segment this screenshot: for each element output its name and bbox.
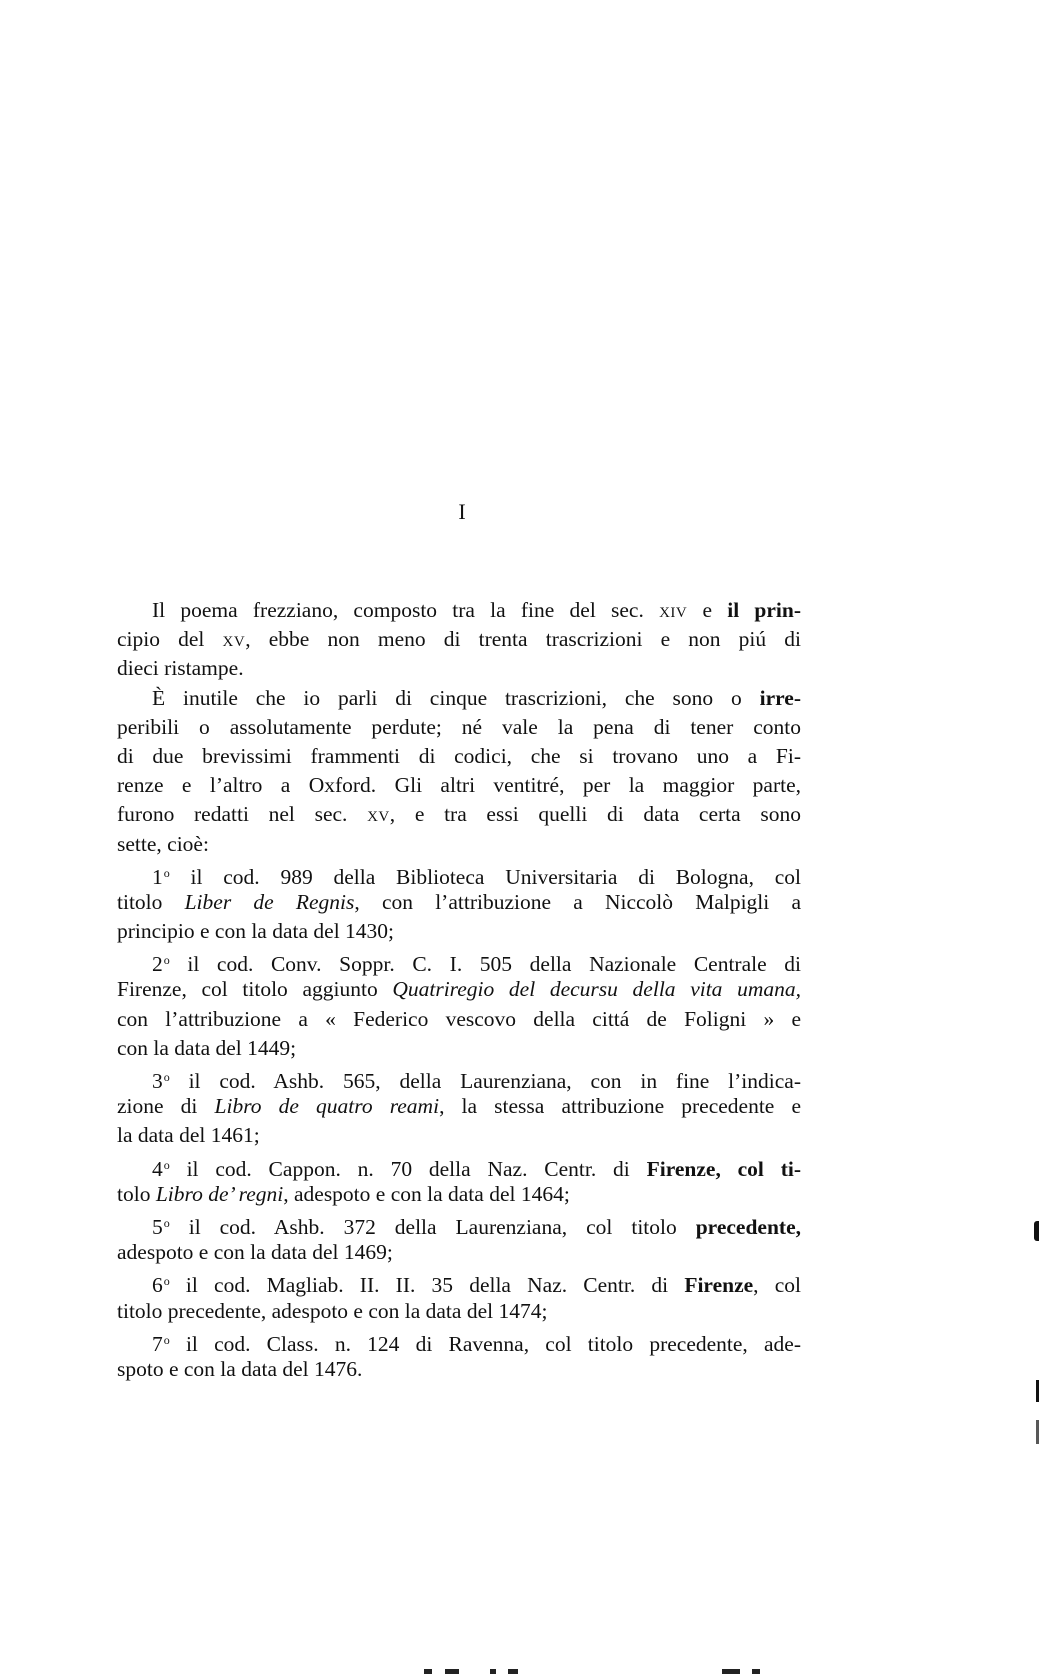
text-segment: , adespoto e con la data del 1464; (283, 1182, 570, 1206)
text-segment: , e tra essi quelli di data certa sono (390, 802, 801, 826)
text-segment: Firenze, col titolo aggiunto (117, 977, 392, 1001)
paragraph: 6o il cod. Magliab. II. II. 35 della Naz… (117, 1267, 801, 1325)
text-segment: irre- (760, 686, 801, 710)
text-line: adespoto e con la data del 1469; (117, 1238, 801, 1267)
text-line: furono redatti nel sec. XV, e tra essi q… (117, 800, 801, 829)
text-segment: il cod. Ashb. 565, della Laurenziana, co… (170, 1069, 801, 1093)
paragraph: 3o il cod. Ashb. 565, della Laurenziana,… (117, 1063, 801, 1151)
list-ordinal: 6 (152, 1273, 163, 1297)
text-segment: furono redatti nel sec. (117, 802, 367, 826)
text-segment: , col (753, 1273, 801, 1297)
text-segment: il cod. Ashb. 372 della Laurenziana, col… (170, 1215, 696, 1239)
text-segment: cipio del (117, 627, 223, 651)
text-line: la data del 1461; (117, 1121, 801, 1150)
list-ordinal: 4 (152, 1157, 163, 1181)
paragraph: È inutile che io parli di cinque trascri… (117, 684, 801, 859)
text-line: cipio del XV, ebbe non meno di trenta tr… (117, 625, 801, 654)
text-segment: renze e l’altro a Oxford. Gli altri vent… (117, 773, 801, 797)
paragraph: 2o il cod. Conv. Soppr. C. I. 505 della … (117, 946, 801, 1063)
text-line: 7o il cod. Class. n. 124 di Ravenna, col… (117, 1326, 801, 1355)
text-segment: precedente, (696, 1215, 801, 1239)
century-numeral: XIV (659, 598, 687, 622)
text-line: renze e l’altro a Oxford. Gli altri vent… (117, 771, 801, 800)
text-segment: con la data del 1449; (117, 1036, 296, 1060)
text-segment: titolo (117, 890, 185, 914)
text-line: Firenze, col titolo aggiunto Quatriregio… (117, 975, 801, 1004)
text-line: sette, cioè: (117, 830, 801, 859)
text-segment: principio e con la data del 1430; (117, 919, 394, 943)
list-ordinal: 3 (152, 1069, 163, 1093)
text-segment: zione di (117, 1094, 215, 1118)
text-line: 4o il cod. Cappon. n. 70 della Naz. Cent… (117, 1151, 801, 1180)
text-segment: tolo (117, 1182, 156, 1206)
text-segment: il cod. 989 della Biblioteca Universitar… (170, 865, 801, 889)
text-line: 6o il cod. Magliab. II. II. 35 della Naz… (117, 1267, 801, 1296)
text-segment: sette, cioè: (117, 832, 209, 856)
text-line: 2o il cod. Conv. Soppr. C. I. 505 della … (117, 946, 801, 975)
text-segment: adespoto e con la data del 1469; (117, 1240, 393, 1264)
text-line: principio e con la data del 1430; (117, 917, 801, 946)
body-text: Il poema frezziano, composto tra la fine… (117, 596, 801, 1384)
text-line: peribili o assolutamente perdute; né val… (117, 713, 801, 742)
paragraph: 5o il cod. Ashb. 372 della Laurenziana, … (117, 1209, 801, 1267)
text-line: 3o il cod. Ashb. 565, della Laurenziana,… (117, 1063, 801, 1092)
paragraph: 7o il cod. Class. n. 124 di Ravenna, col… (117, 1326, 801, 1384)
italic-title: Libro de’ regni (156, 1182, 283, 1206)
text-segment: di due brevissimi frammenti di codici, c… (117, 744, 801, 768)
scan-artifact-mark (1034, 1221, 1039, 1241)
text-segment: , con l’attribuzione a Niccolò Malpigli … (354, 890, 801, 914)
text-line: dieci ristampe. (117, 654, 801, 683)
century-numeral: XV (223, 627, 246, 651)
text-line: 5o il cod. Ashb. 372 della Laurenziana, … (117, 1209, 801, 1238)
document-page: I Il poema frezziano, composto tra la fi… (0, 0, 1039, 1674)
scan-bottom-fragments (0, 1662, 1039, 1674)
text-segment: il cod. Conv. Soppr. C. I. 505 della Naz… (170, 952, 801, 976)
text-line: tolo Libro de’ regni, adespoto e con la … (117, 1180, 801, 1209)
italic-title: Liber de Regnis (185, 890, 355, 914)
list-ordinal: 5 (152, 1215, 163, 1239)
text-line: Il poema frezziano, composto tra la fine… (117, 596, 801, 625)
list-ordinal: 2 (152, 952, 163, 976)
text-segment: , la stessa attribuzione precedente e (439, 1094, 801, 1118)
italic-title: Quatriregio del decursu della vita umana… (392, 977, 801, 1001)
text-line: zione di Libro de quatro reami, la stess… (117, 1092, 801, 1121)
text-segment: titolo precedente, adespoto e con la dat… (117, 1299, 547, 1323)
text-segment: Firenze, col ti- (647, 1157, 801, 1181)
italic-title: Libro de quatro reami (215, 1094, 440, 1118)
paragraph: Il poema frezziano, composto tra la fine… (117, 596, 801, 684)
text-line: titolo Liber de Regnis, con l’attribuzio… (117, 888, 801, 917)
text-line: con l’attribuzione a « Federico vescovo … (117, 1005, 801, 1034)
century-numeral: XV (367, 802, 390, 826)
text-segment: , ebbe non meno di trenta trascrizioni e… (245, 627, 801, 651)
text-segment: il cod. Magliab. II. II. 35 della Naz. C… (170, 1273, 685, 1297)
chapter-number: I (0, 500, 924, 524)
text-segment: spoto e con la data del 1476. (117, 1357, 362, 1381)
list-ordinal: 1 (152, 865, 163, 889)
text-segment: Il poema frezziano, composto tra la fine… (152, 598, 659, 622)
text-line: con la data del 1449; (117, 1034, 801, 1063)
paragraph: 4o il cod. Cappon. n. 70 della Naz. Cent… (117, 1151, 801, 1209)
paragraph: 1o il cod. 989 della Biblioteca Universi… (117, 859, 801, 947)
text-segment: e (687, 598, 727, 622)
text-segment: Firenze (684, 1273, 753, 1297)
text-line: È inutile che io parli di cinque trascri… (117, 684, 801, 713)
text-line: 1o il cod. 989 della Biblioteca Universi… (117, 859, 801, 888)
text-segment: la data del 1461; (117, 1123, 260, 1147)
text-line: di due brevissimi frammenti di codici, c… (117, 742, 801, 771)
text-line: titolo precedente, adespoto e con la dat… (117, 1297, 801, 1326)
text-line: spoto e con la data del 1476. (117, 1355, 801, 1384)
text-segment: il cod. Cappon. n. 70 della Naz. Centr. … (170, 1157, 647, 1181)
list-ordinal: 7 (152, 1332, 163, 1356)
text-segment: dieci ristampe. (117, 656, 244, 680)
text-segment: con l’attribuzione a « Federico vescovo … (117, 1007, 801, 1031)
text-segment: peribili o assolutamente perdute; né val… (117, 715, 801, 739)
text-segment: È inutile che io parli di cinque trascri… (152, 686, 760, 710)
text-segment: il cod. Class. n. 124 di Ravenna, col ti… (170, 1332, 801, 1356)
text-segment: il prin- (727, 598, 801, 622)
